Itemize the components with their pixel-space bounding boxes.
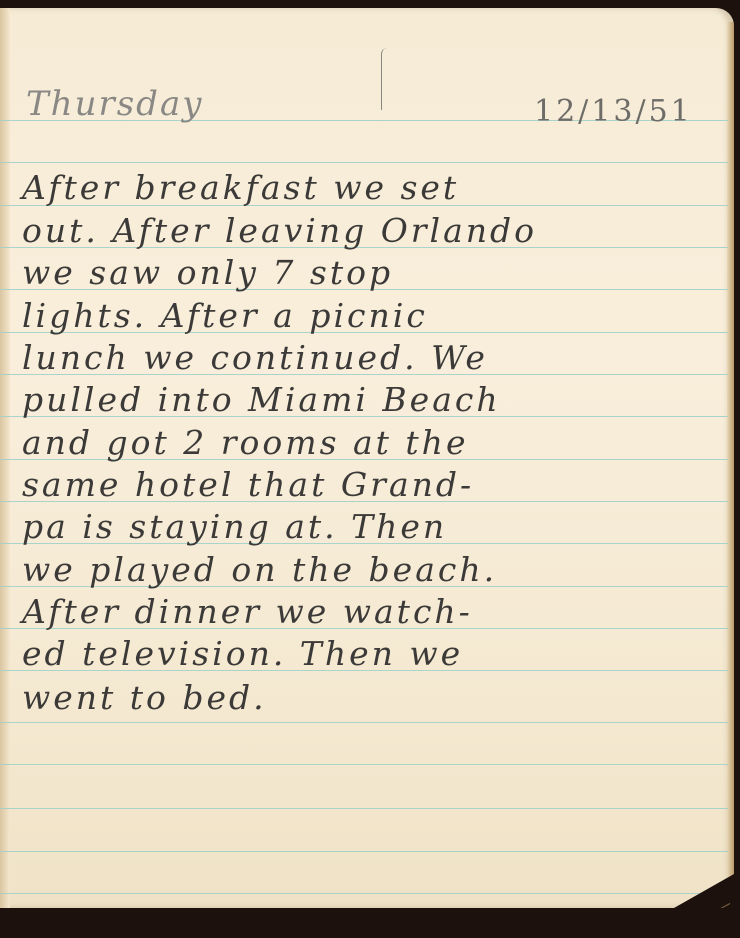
entry-line: out. After leaving Orlando [22,211,537,250]
entry-line: After breakfast we set [22,168,459,207]
entry-line: lights. After a picnic [22,296,428,335]
entry-line: After dinner we watch- [22,592,473,631]
entry-line: same hotel that Grand- [22,465,474,504]
entry-line: went to bed. [22,678,267,717]
entry-line: and got 2 rooms at the [22,423,468,462]
entry-line: ed television. Then we [22,634,463,673]
notebook-page: Thursday 12/13/51 After breakfast we set… [0,8,734,908]
entry-line: lunch we continued. We [22,338,488,377]
entry-line: pulled into Miami Beach [22,380,501,419]
entry-date: 12/13/51 [534,94,693,129]
worn-page-corner [674,874,734,908]
entry-line: we saw only 7 stop [22,253,393,292]
entry-line: pa is staying at. Then [22,507,447,546]
entry-day: Thursday [26,84,203,124]
entry-line: we played on the beach. [22,550,497,589]
diary-entry: Thursday 12/13/51 After breakfast we set… [0,8,734,908]
